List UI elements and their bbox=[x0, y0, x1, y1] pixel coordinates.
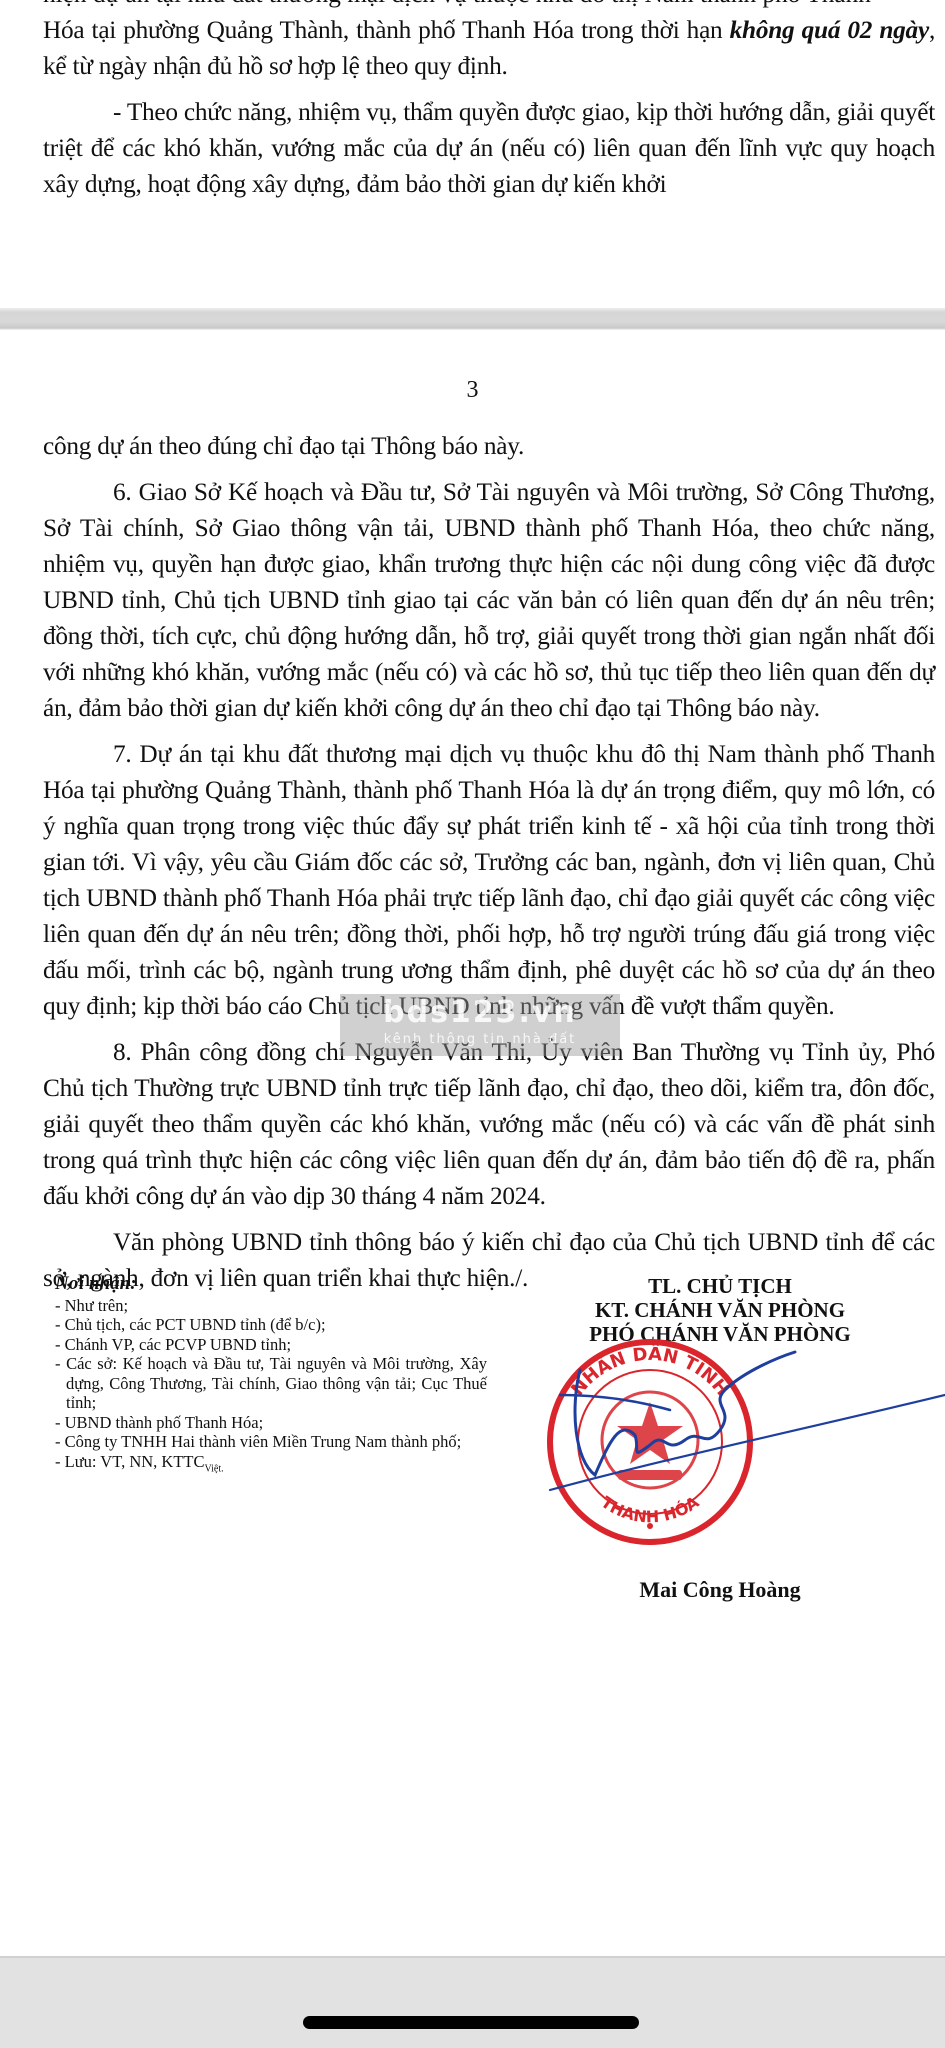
watermark-tagline: kênh thông tin nhà đất bbox=[340, 1032, 620, 1048]
recipient-item: - UBND thành phố Thanh Hóa; bbox=[55, 1413, 487, 1433]
deadline-emphasis: không quá 02 ngày bbox=[730, 16, 929, 44]
archive-suffix: Việt. bbox=[204, 1463, 223, 1474]
signer-title-1: TL. CHỦ TỊCH bbox=[520, 1274, 920, 1298]
watermark-overlay: bds123.vn kênh thông tin nhà đất bbox=[340, 994, 620, 1056]
page-top-text: Hóa tại phường Quảng Thành, thành phố Th… bbox=[43, 12, 935, 202]
document-page-2-fragment: hiện dự án tại khu đất thương mại dịch v… bbox=[0, 0, 945, 308]
recipient-item: - Chủ tịch, các PCT UBND tỉnh (để b/c); bbox=[55, 1315, 487, 1335]
page-number: 3 bbox=[0, 377, 945, 404]
bottom-toolbar bbox=[0, 1956, 945, 2048]
signer-title-2: KT. CHÁNH VĂN PHÒNG bbox=[520, 1298, 920, 1322]
paragraph-7: 7. Dự án tại khu đất thương mại dịch vụ … bbox=[43, 736, 935, 1024]
recipients-title: Nơi nhận: bbox=[55, 1274, 487, 1294]
recipients-list: Nơi nhận: - Như trên; - Chủ tịch, các PC… bbox=[55, 1274, 487, 1478]
paragraph-construction: - Theo chức năng, nhiệm vụ, thẩm quyền đ… bbox=[43, 94, 935, 202]
recipient-item: - Như trên; bbox=[55, 1296, 487, 1316]
home-indicator[interactable] bbox=[303, 2016, 639, 2029]
paragraph-deadline: Hóa tại phường Quảng Thành, thành phố Th… bbox=[43, 12, 935, 84]
handwritten-signature-icon bbox=[540, 1350, 945, 1500]
paragraph-6: 6. Giao Sở Kế hoạch và Đầu tư, Sở Tài ng… bbox=[43, 474, 935, 726]
cutoff-line: hiện dự án tại khu đất thương mại dịch v… bbox=[43, 0, 935, 12]
recipient-item: - Công ty TNHH Hai thành viên Miền Trung… bbox=[55, 1432, 487, 1452]
page-body: công dự án theo đúng chỉ đạo tại Thông b… bbox=[43, 428, 935, 1296]
document-page-3: 3 công dự án theo đúng chỉ đạo tại Thông… bbox=[0, 330, 945, 1960]
signer-name: Mai Công Hoàng bbox=[520, 1577, 920, 1603]
page-separator bbox=[0, 308, 945, 330]
recipient-item: - Lưu: VT, NN, KTTCViệt. bbox=[55, 1452, 487, 1479]
recipient-item: - Các sở: Kế hoạch và Đầu tư, Tài nguyên… bbox=[55, 1354, 487, 1413]
continuation-line: công dự án theo đúng chỉ đạo tại Thông b… bbox=[43, 428, 935, 464]
paragraph-8: 8. Phân công đồng chí Nguyễn Văn Thi, Ủy… bbox=[43, 1034, 935, 1214]
watermark-brand: bds123.vn bbox=[340, 994, 620, 1032]
recipient-item: - Chánh VP, các PCVP UBND tỉnh; bbox=[55, 1335, 487, 1355]
